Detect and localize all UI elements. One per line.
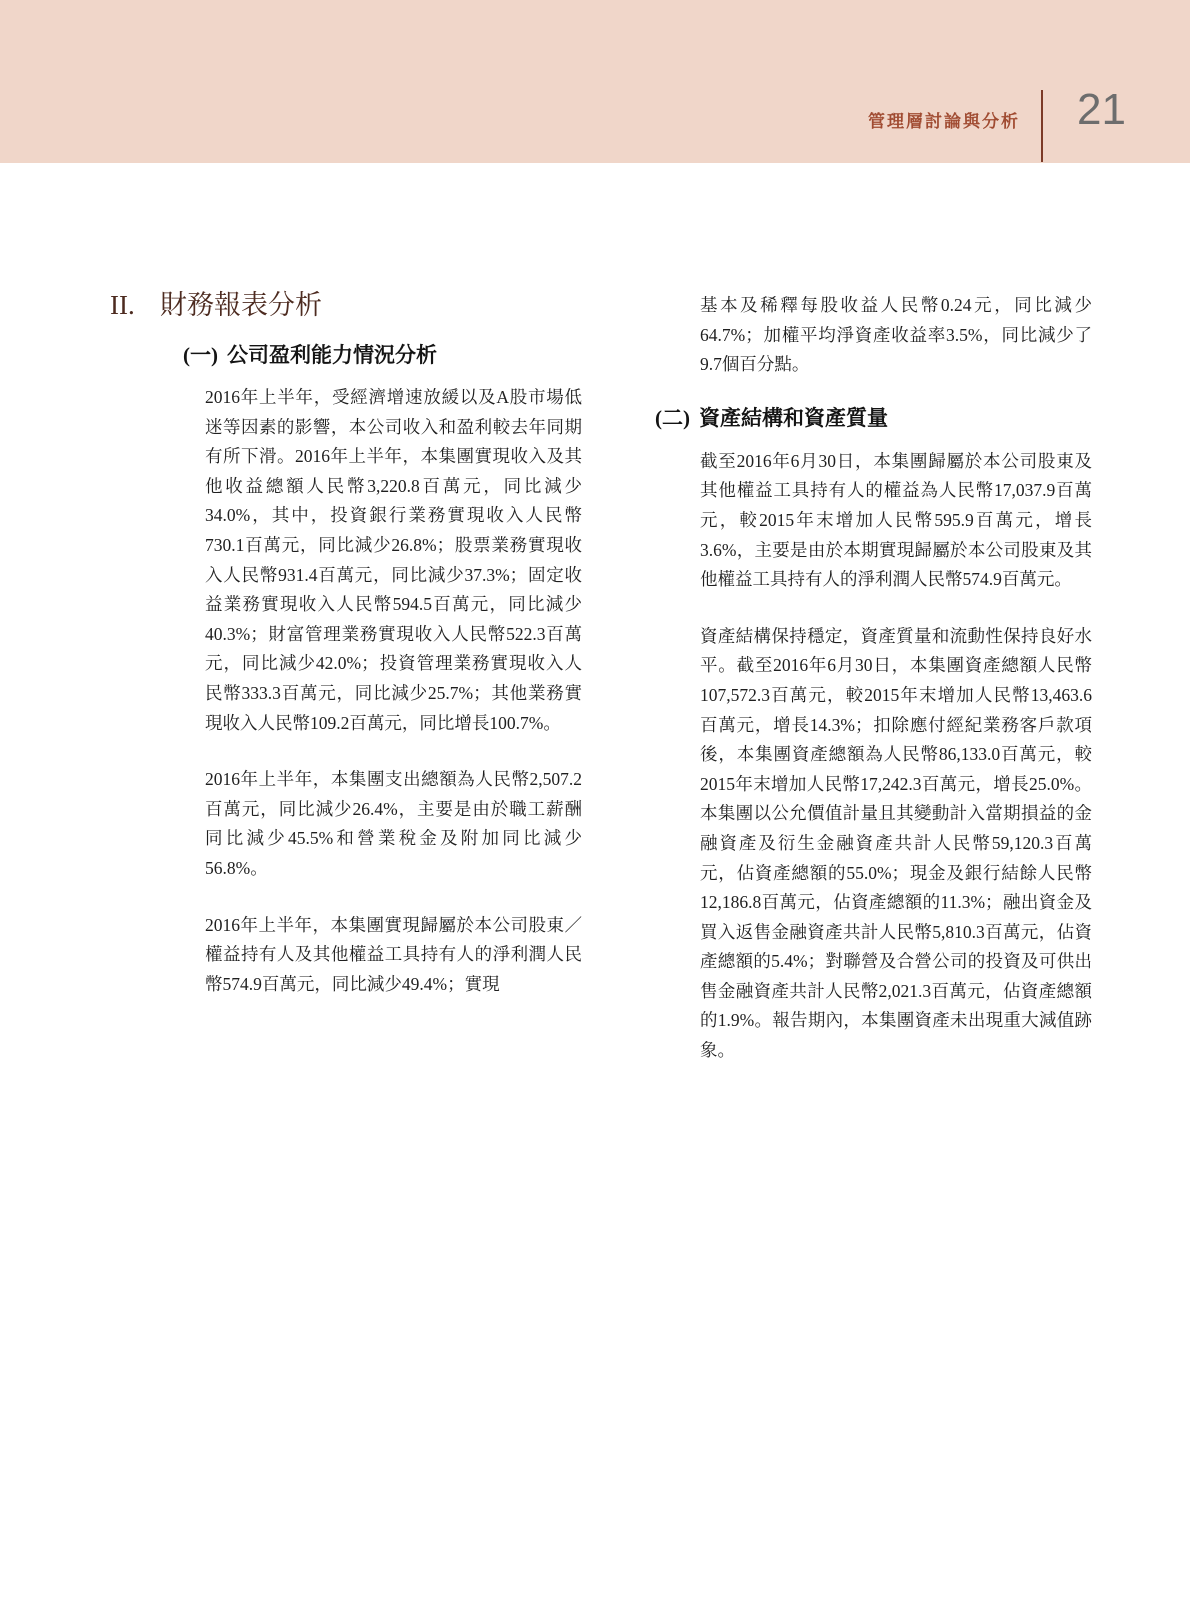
subsection-title: 資產結構和資產質量	[699, 404, 888, 432]
subsection-number: (二)	[655, 404, 690, 432]
subsection-title: 公司盈利能力情況分析	[227, 341, 437, 369]
section-title: 財務報表分析	[160, 288, 322, 322]
right-column: 基本及稀釋每股收益人民幣0.24元，同比減少64.7%；加權平均淨資產收益率3.…	[655, 291, 1095, 1066]
paragraph: 2016年上半年，本集團實現歸屬於本公司股東／權益持有人及其他權益工具持有人的淨…	[205, 911, 582, 1000]
report-page: { "header": { "title": "管理層討論與分析", "page…	[0, 0, 1190, 1615]
paragraph: 2016年上半年，本集團支出總額為人民幣2,507.2百萬元，同比減少26.4%…	[205, 765, 582, 883]
paragraph: 2016年上半年，受經濟增速放緩以及A股市場低迷等因素的影響，本公司收入和盈利較…	[205, 383, 582, 738]
paragraph: 資產結構保持穩定，資產質量和流動性保持良好水平。截至2016年6月30日，本集團…	[700, 622, 1092, 1066]
subsection-number: (一)	[183, 341, 218, 369]
left-body-block: 2016年上半年，受經濟增速放緩以及A股市場低迷等因素的影響，本公司收入和盈利較…	[205, 383, 582, 999]
right-continuation-block: 基本及稀釋每股收益人民幣0.24元，同比減少64.7%；加權平均淨資產收益率3.…	[700, 291, 1092, 380]
subsection-heading-1: (一) 公司盈利能力情況分析	[183, 341, 582, 369]
page-number: 21	[1077, 88, 1126, 132]
header-section-title: 管理層討論與分析	[868, 107, 1013, 132]
header-divider	[1041, 90, 1043, 162]
right-body-block: 截至2016年6月30日，本集團歸屬於本公司股東及其他權益工具持有人的權益為人民…	[700, 447, 1092, 1066]
section-heading: II. 財務報表分析	[110, 288, 582, 322]
left-column: II. 財務報表分析 (一) 公司盈利能力情況分析 2016年上半年，受經濟增速…	[110, 288, 582, 999]
header-band	[0, 0, 1190, 163]
section-number: II.	[110, 288, 160, 322]
subsection-heading-2: (二) 資產結構和資產質量	[655, 404, 1095, 432]
paragraph: 基本及稀釋每股收益人民幣0.24元，同比減少64.7%；加權平均淨資產收益率3.…	[700, 291, 1092, 380]
paragraph: 截至2016年6月30日，本集團歸屬於本公司股東及其他權益工具持有人的權益為人民…	[700, 447, 1092, 595]
